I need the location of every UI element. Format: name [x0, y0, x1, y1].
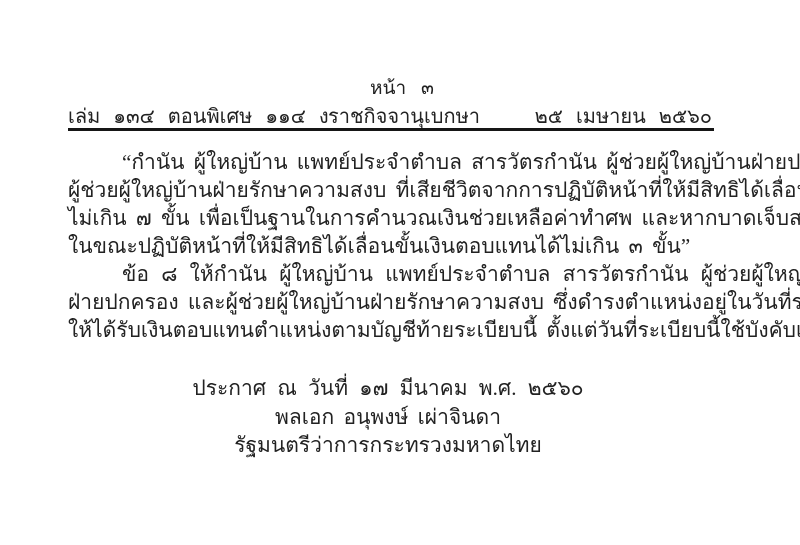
page-number-label: หน้า ๓ — [0, 73, 800, 103]
signer-title: รัฐมนตรีว่าการกระทรวงมหาดไทย — [0, 429, 776, 462]
paragraph2-line-3: ให้ได้รับเงินตอบแทนตำแหน่งตามบัญชีท้ายระ… — [68, 314, 758, 347]
header-rule — [68, 128, 714, 131]
gazette-document-page: หน้า ๓ เล่ม ๑๓๔ ตอนพิเศษ ๑๑๔ ง ราชกิจจาน… — [0, 0, 800, 545]
